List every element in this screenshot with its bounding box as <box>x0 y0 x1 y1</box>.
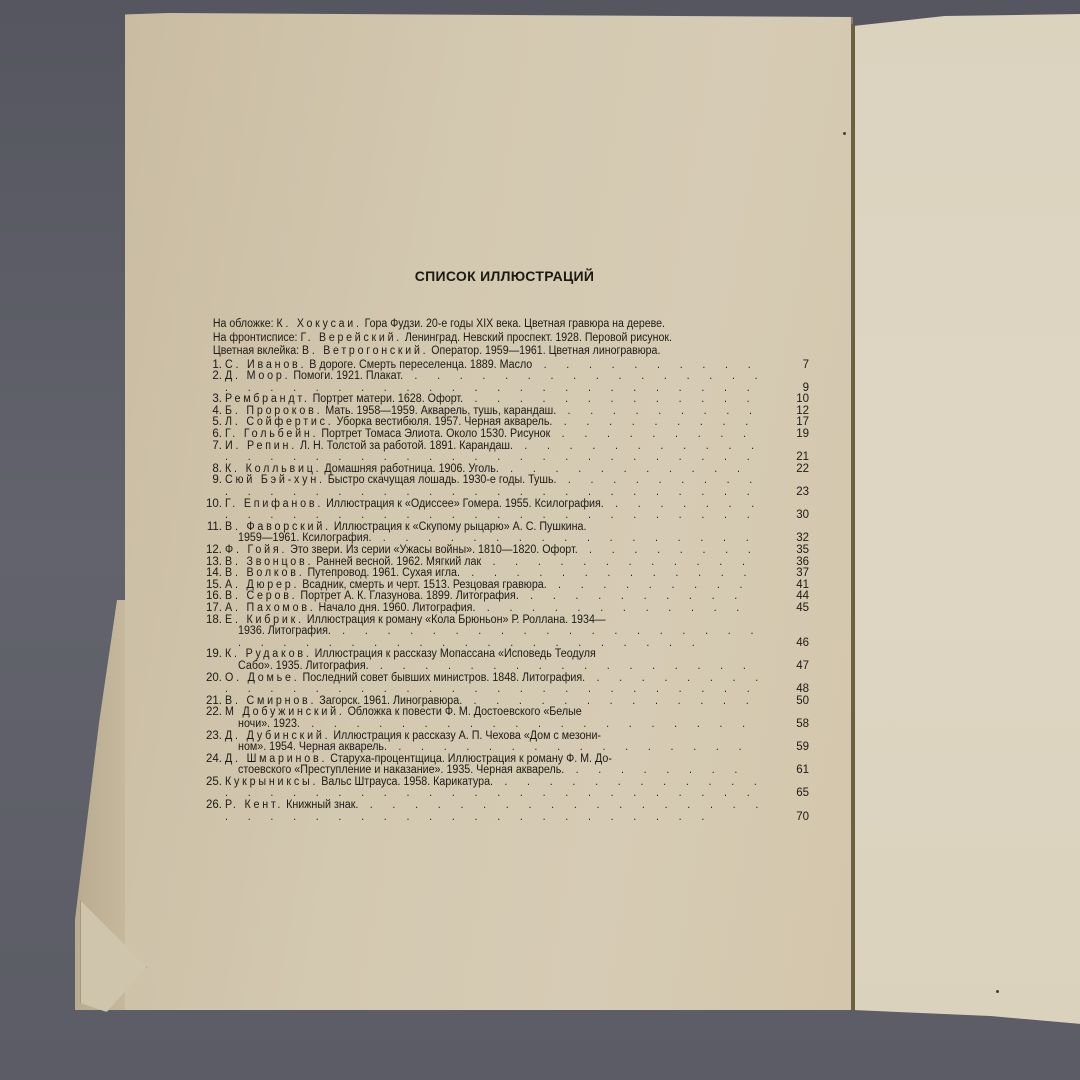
item-body: Д. Моор. Помоги. 1921. Плакат. . . . . .… <box>212 371 826 394</box>
list-item: 19.К. Рудаков. Иллюстрация к рассказу Мо… <box>212 649 807 672</box>
item-author: Д. Шмаринов. <box>225 753 327 765</box>
item-description: Всадник, смерть и черт. 1513. Резцовая г… <box>302 579 546 591</box>
item-description: В дороге. Смерть переселенца. 1889. Масл… <box>309 359 532 371</box>
item-page-number: 59 <box>779 742 809 754</box>
item-page-number: 70 <box>779 812 809 824</box>
list-item: 20.О. Домье. Последний совет бывших мини… <box>212 673 807 696</box>
item-description: Старуха-процентщица. Иллюстрация к роман… <box>330 753 612 765</box>
dot-leader: . . . . . . . . . . . <box>499 463 749 475</box>
item-author: В. Серов. <box>225 590 297 602</box>
item-description: Помоги. 1921. Плакат. <box>293 370 403 382</box>
item-body: К. Рудаков. Иллюстрация к рассказу Мопас… <box>212 649 826 672</box>
item-author: А. Дюрер. <box>225 579 299 591</box>
item-author: Д. Дубинский. <box>225 730 330 742</box>
list-item: 18.Е. Кибрик. Иллюстрация к роману «Кола… <box>212 615 807 650</box>
list-item: 23.Д. Дубинский. Иллюстрация к рассказу … <box>212 731 807 754</box>
item-description-cont: стоевского «Преступление и наказание». 1… <box>238 764 564 776</box>
dot-leader: . . . . . . . . . <box>550 428 754 440</box>
list-item: 7.И. Репин. Л. Н. Толстой за работой. 18… <box>212 441 807 464</box>
illustration-list: 1.С. Иванов. В дороге. Смерть переселенц… <box>212 360 807 824</box>
item-description: Путепровод. 1961. Сухая игла. <box>307 567 459 579</box>
list-item: 11.В. Фаворский. Иллюстрация к «Скупому … <box>212 522 807 545</box>
dot-leader: . . . . . . . . . . . . <box>475 602 747 614</box>
dot-leader: . . . . . . . . . . . . . . . . . . . . <box>300 718 754 730</box>
list-item: 24.Д. Шмаринов. Старуха-процентщица. Илл… <box>212 754 807 777</box>
item-page-number: 19 <box>779 429 809 441</box>
dot-leader: . . . . . . . . . . . . . . . . <box>387 741 750 753</box>
item-author: И. Репин. <box>225 440 297 452</box>
item-page-number: 48 <box>779 684 809 696</box>
item-description-cont: 1936. Литография. <box>238 625 331 637</box>
item-description: Вальс Штрауса. 1958. Карикатура. <box>321 776 493 788</box>
item-description: Портрет А. К. Глазунова. 1899. Литографи… <box>300 590 518 602</box>
intro-frontispiece: На фронтисписе: Г. Верейский. Ленинград.… <box>212 333 791 345</box>
item-body: Р. Кент. Книжный знак. . . . . . . . . .… <box>212 800 826 823</box>
item-author: Б. Пророков. <box>225 405 322 417</box>
item-author: Рембрандт. <box>225 393 310 405</box>
item-description: Иллюстрация к «Скупому рыцарю» А. С. Пуш… <box>334 521 587 533</box>
item-body: Г. Епифанов. Иллюстрация к «Одиссее» Гом… <box>212 499 826 522</box>
list-item: 2.Д. Моор. Помоги. 1921. Плакат. . . . .… <box>212 371 807 394</box>
item-body: Д. Дубинский. Иллюстрация к рассказу А. … <box>212 731 826 754</box>
item-description: Это звери. Из серии «Ужасы войны». 1810—… <box>290 544 578 556</box>
item-body: Кукрыниксы. Вальс Штрауса. 1958. Карикат… <box>212 777 826 800</box>
dot-leader: . . . . . . . . . <box>552 416 756 428</box>
item-page-number: 23 <box>779 487 809 499</box>
item-page-number: 22 <box>779 464 809 476</box>
item-description: Иллюстрация к «Одиссее» Гомера. 1955. Кс… <box>326 498 604 510</box>
item-author: Кукрыниксы. <box>225 776 318 788</box>
item-page-number: 58 <box>779 719 809 731</box>
paper-speck <box>843 132 846 135</box>
item-body: В. Фаворский. Иллюстрация к «Скупому рыц… <box>212 522 826 545</box>
item-author: Г. Гольбейн. <box>225 428 318 440</box>
item-description-cont: Сабо». 1935. Литография. <box>238 660 369 672</box>
dot-leader: . . . . . . . . . . . . . . . . . <box>369 660 755 672</box>
list-item: 22.М Добужинский. Обложка к повести Ф. М… <box>212 707 807 730</box>
book-spine <box>851 24 853 1010</box>
item-description: Иллюстрация к рассказу А. П. Чехова «Дом… <box>333 730 601 742</box>
item-page-number: 45 <box>779 603 809 615</box>
item-page-number: 30 <box>779 510 809 522</box>
item-description: Домашняя работница. 1906. Уголь. <box>324 463 498 475</box>
item-description-cont: ном». 1954. Черная акварель. <box>238 741 387 753</box>
list-item: 25.Кукрыниксы. Вальс Штрауса. 1958. Кари… <box>212 777 807 800</box>
item-body: И. Репин. Л. Н. Толстой за работой. 1891… <box>212 441 826 464</box>
item-author: Е. Кибрик. <box>225 614 304 626</box>
item-author: В. Звонцов. <box>225 556 313 568</box>
intro-cover: На обложке: К. Хокусаи. Гора Фудзи. 20-е… <box>212 319 791 331</box>
item-description: Мать. 1958—1959. Акварель, тушь, каранда… <box>325 405 556 417</box>
item-author: Ф. Гойя. <box>225 544 287 556</box>
intro-color-insert: Цветная вклейка: В. Ветрогонский. Операт… <box>212 346 791 358</box>
page-title: СПИСОК ИЛЛЮСТРАЦИЙ <box>202 268 807 284</box>
item-description: Ранней весной. 1962. Мягкий лак <box>316 556 481 568</box>
item-body: Сюй Бэй-хун. Быстро скачущая лошадь. 193… <box>212 475 826 498</box>
item-description: Начало дня. 1960. Литография. <box>319 602 476 614</box>
dot-leader: . . . . . . . . . <box>556 405 760 417</box>
item-description: Обложка к повести Ф. М. Достоевского «Бе… <box>348 706 582 718</box>
item-description: Портрет матери. 1628. Офорт. <box>313 393 464 405</box>
dot-leader: . . . . . . . . . . . . . . . . . <box>371 532 757 544</box>
item-author: К. Колльвиц. <box>225 463 321 475</box>
item-description: Портрет Томаса Элиота. Около 1530. Рисун… <box>321 428 550 440</box>
dot-leader: . . . . . . . . . <box>547 579 751 591</box>
item-page-number: 61 <box>779 765 809 777</box>
item-description-cont: ночи». 1923. <box>238 718 300 730</box>
item-description: Загорск. 1961. Линогравюра. <box>319 695 462 707</box>
dot-leader: . . . . . . . . . . . . . <box>463 393 758 405</box>
item-author: Д. Моор. <box>225 370 290 382</box>
item-page-number: 47 <box>779 661 809 673</box>
item-body: М Добужинский. Обложка к повести Ф. М. Д… <box>212 707 826 730</box>
item-author: В. Смирнов. <box>225 695 316 707</box>
list-item: 10.Г. Епифанов. Иллюстрация к «Одиссее» … <box>212 499 807 522</box>
item-author: В. Фаворский. <box>225 521 331 533</box>
item-description: Уборка вестибюля. 1957. Черная акварель. <box>337 416 553 428</box>
paper-speck <box>996 990 999 993</box>
item-description: Последний совет бывших министров. 1848. … <box>303 672 586 684</box>
item-author: С. Иванов. <box>225 359 306 371</box>
list-item: 9.Сюй Бэй-хун. Быстро скачущая лошадь. 1… <box>212 475 807 498</box>
dot-leader: . . . . . . . . <box>578 544 759 556</box>
item-author: О. Домье. <box>225 672 300 684</box>
item-page-number: 46 <box>779 638 809 650</box>
dot-leader: . . . . . . . . <box>564 764 745 776</box>
item-page-number: 65 <box>779 788 809 800</box>
item-author: К. Рудаков. <box>225 648 312 660</box>
item-body: О. Домье. Последний совет бывших министр… <box>212 673 826 696</box>
item-author: Р. Кент. <box>225 799 283 811</box>
item-author: В. Волков. <box>225 567 304 579</box>
illustrations-list-page: СПИСОК ИЛЛЮСТРАЦИЙ На обложке: К. Хокуса… <box>212 268 807 823</box>
item-body: Е. Кибрик. Иллюстрация к роману «Кола Бр… <box>212 615 826 650</box>
right-page <box>853 14 1080 1026</box>
item-description: Л. Н. Толстой за работой. 1891. Карандаш… <box>300 440 513 452</box>
item-description: Быстро скачущая лошадь. 1930-е годы. Туш… <box>328 474 557 486</box>
item-author: М Добужинский. <box>225 706 345 718</box>
dot-leader: . . . . . . . . . . . . <box>481 556 753 568</box>
item-page-number: 35 <box>779 545 809 557</box>
dot-leader: . . . . . . . . . . <box>519 590 746 602</box>
intro-block: На обложке: К. Хокусаи. Гора Фудзи. 20-е… <box>212 319 807 358</box>
item-page-number: 50 <box>779 696 809 708</box>
item-description: Иллюстрация к рассказу Мопассана «Испове… <box>315 648 596 660</box>
item-description: Иллюстрация к роману «Кола Брюньон» Р. Р… <box>307 614 606 626</box>
dot-leader: . . . . . . . . . . <box>532 359 759 371</box>
item-description: Книжный знак. <box>286 799 358 811</box>
dot-leader: . . . . . . . . . . . . . <box>462 695 757 707</box>
list-item: 26.Р. Кент. Книжный знак. . . . . . . . … <box>212 800 807 823</box>
item-description-cont: 1959—1961. Ксилография. <box>238 532 371 544</box>
item-author: Г. Епифанов. <box>225 498 323 510</box>
dot-leader: . . . . . . . . . . . . . <box>460 567 755 579</box>
item-page-number: 7 <box>779 360 809 372</box>
item-author: Л. Сойфертис. <box>225 416 334 428</box>
item-author: Сюй Бэй-хун. <box>225 474 325 486</box>
item-author: А. Пахомов. <box>225 602 316 614</box>
item-body: Д. Шмаринов. Старуха-процентщица. Иллюст… <box>212 754 826 777</box>
